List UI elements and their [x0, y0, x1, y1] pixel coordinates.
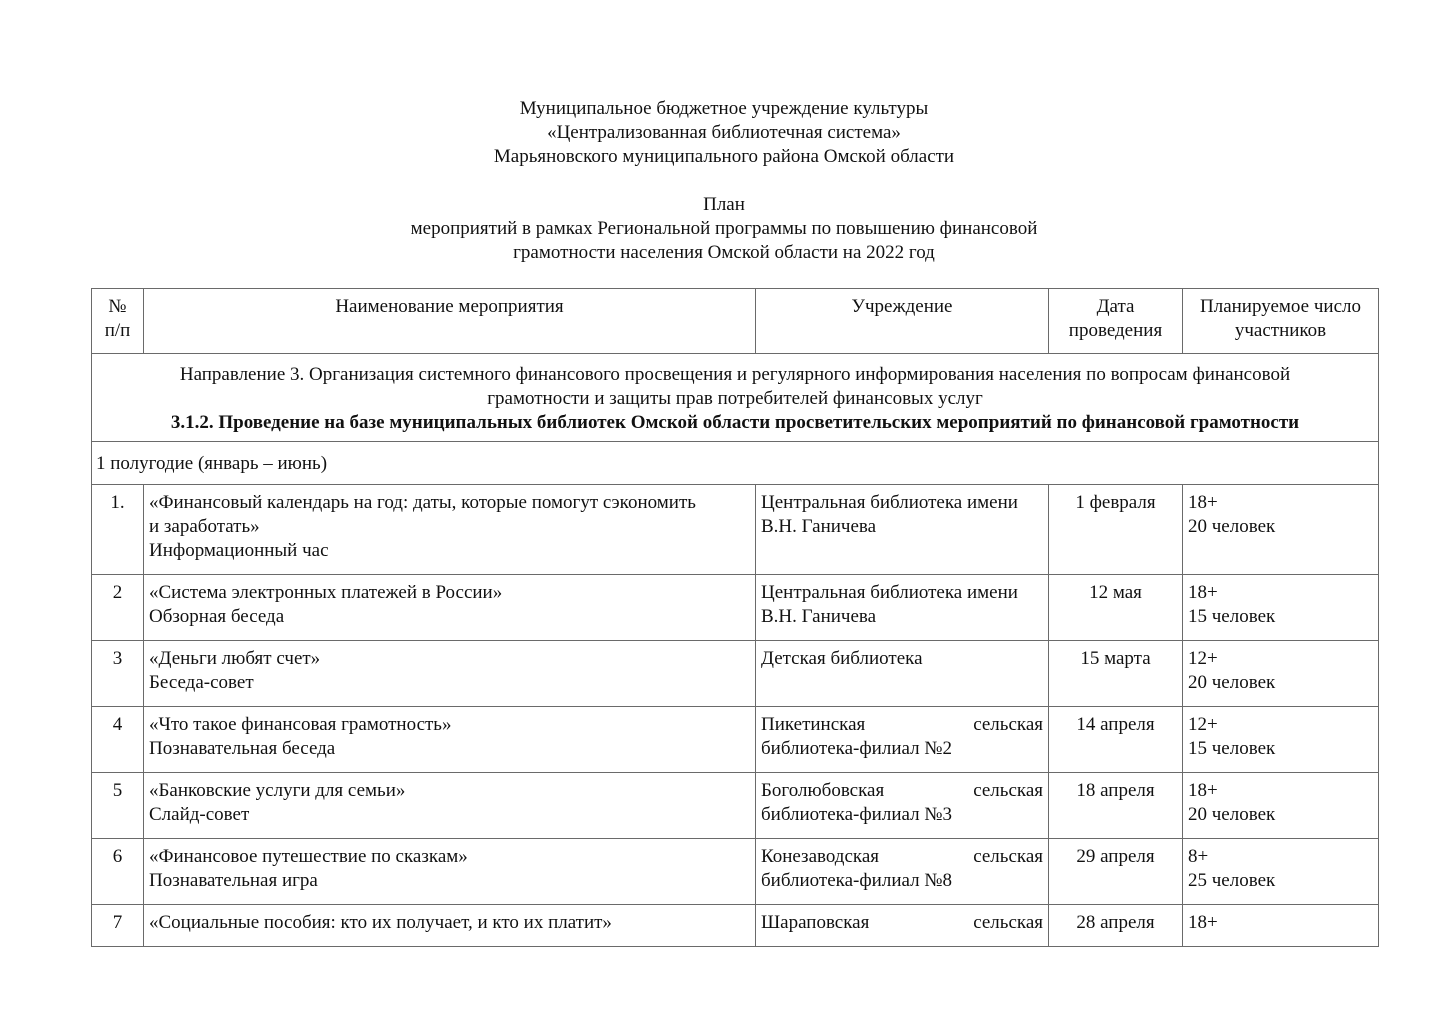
event-name-cell: «Социальные пособия: кто их получает, и …	[144, 905, 756, 947]
institution-line-2: библиотека-филиал №2	[761, 737, 1043, 761]
event-name-cell: «Деньги любят счет» Беседа-совет	[144, 641, 756, 707]
row-number-text: 1.	[110, 492, 124, 513]
event-title: «Деньги любят счет»	[149, 647, 750, 671]
row-number: 3	[92, 641, 144, 707]
column-header-event-name: Наименование мероприятия	[144, 289, 756, 354]
institution-line-2: В.Н. Ганичева	[761, 515, 1043, 539]
event-date-text: 1 февраля	[1075, 492, 1155, 513]
event-date: 15 марта	[1049, 641, 1183, 707]
table-row: 4 «Что такое финансовая грамотность» Поз…	[92, 707, 1379, 773]
event-format: Информационный час	[149, 539, 750, 563]
institution-name-part: сельская	[973, 713, 1043, 737]
plan-header: План мероприятий в рамках Региональной п…	[0, 193, 1448, 265]
institution-name-part: Центральная библиотека имени	[761, 491, 1018, 515]
event-date: 18 апреля	[1049, 773, 1183, 839]
period-row: 1 полугодие (январь – июнь)	[92, 442, 1379, 485]
table-row: 5 «Банковские услуги для семьи» Слайд-со…	[92, 773, 1379, 839]
event-format: Слайд-совет	[149, 803, 750, 827]
event-format: Познавательная беседа	[149, 737, 750, 761]
institution-line: Детская библиотека	[761, 647, 1043, 671]
direction-row: Направление 3. Организация системного фи…	[92, 354, 1379, 442]
event-date-text: 12 мая	[1089, 582, 1142, 603]
row-number: 2	[92, 575, 144, 641]
institution-line-2: библиотека-филиал №3	[761, 803, 1043, 827]
event-date: 14 апреля	[1049, 707, 1183, 773]
direction-cell: Направление 3. Организация системного фи…	[92, 354, 1379, 442]
institution-cell: Пикетинская сельская библиотека-филиал №…	[756, 707, 1049, 773]
participants-cell: 18+	[1183, 905, 1379, 947]
event-date-text: 18 апреля	[1076, 780, 1154, 801]
event-format: Обзорная беседа	[149, 605, 750, 629]
org-line: Марьяновского муниципального района Омск…	[0, 145, 1448, 169]
participant-count: 20 человек	[1188, 803, 1373, 827]
institution-name-part: сельская	[973, 845, 1043, 869]
event-date: 1 февраля	[1049, 485, 1183, 575]
plan-subtitle-line: грамотности населения Омской области на …	[0, 241, 1448, 265]
participants-cell: 18+ 15 человек	[1183, 575, 1379, 641]
row-number: 5	[92, 773, 144, 839]
institution-cell: Шараповская сельская	[756, 905, 1049, 947]
org-line: Муниципальное бюджетное учреждение культ…	[0, 97, 1448, 121]
column-header-participants-line: Планируемое число	[1188, 295, 1373, 319]
participants-cell: 18+ 20 человек	[1183, 773, 1379, 839]
column-header-institution: Учреждение	[756, 289, 1049, 354]
event-date: 28 апреля	[1049, 905, 1183, 947]
event-date-text: 28 апреля	[1076, 912, 1154, 933]
column-header-participants: Планируемое число участников	[1183, 289, 1379, 354]
column-header-number-line: п/п	[97, 319, 138, 343]
event-date-text: 29 апреля	[1076, 846, 1154, 867]
participants-cell: 18+ 20 человек	[1183, 485, 1379, 575]
participant-count: 25 человек	[1188, 869, 1373, 893]
age-rating: 12+	[1188, 713, 1373, 737]
event-title: «Банковские услуги для семьи»	[149, 779, 750, 803]
institution-name-part: Центральная библиотека имени	[761, 581, 1018, 605]
table-row: 2 «Система электронных платежей в России…	[92, 575, 1379, 641]
event-title: «Система электронных платежей в России»	[149, 581, 750, 605]
institution-name-part: Боголюбовская	[761, 779, 884, 803]
table-row: 7 «Социальные пособия: кто их получает, …	[92, 905, 1379, 947]
column-header-date: Дата проведения	[1049, 289, 1183, 354]
column-header-date-line: проведения	[1054, 319, 1177, 343]
institution-cell: Боголюбовская сельская библиотека-филиал…	[756, 773, 1049, 839]
events-plan-table: № п/п Наименование мероприятия Учреждени…	[91, 288, 1379, 947]
event-rows: 1. «Финансовый календарь на год: даты, к…	[92, 485, 1379, 947]
column-header-number: № п/п	[92, 289, 144, 354]
institution-name-part: сельская	[973, 779, 1043, 803]
participants-cell: 8+ 25 человек	[1183, 839, 1379, 905]
table-header-row: № п/п Наименование мероприятия Учреждени…	[92, 289, 1379, 354]
row-number: 4	[92, 707, 144, 773]
institution-line: Шараповская сельская	[761, 911, 1043, 935]
row-number: 1.	[92, 485, 144, 575]
age-rating: 18+	[1188, 581, 1373, 605]
institution-cell: Центральная библиотека имени В.Н. Ганиче…	[756, 485, 1049, 575]
event-format: Познавательная игра	[149, 869, 750, 893]
institution-line-2: библиотека-филиал №8	[761, 869, 1043, 893]
event-name-cell: «Система электронных платежей в России» …	[144, 575, 756, 641]
age-rating: 8+	[1188, 845, 1373, 869]
participants-cell: 12+ 20 человек	[1183, 641, 1379, 707]
row-number-text: 6	[113, 846, 123, 867]
participant-count: 20 человек	[1188, 671, 1373, 695]
institution-cell: Детская библиотека	[756, 641, 1049, 707]
event-title: «Финансовое путешествие по сказкам»	[149, 845, 750, 869]
row-number: 6	[92, 839, 144, 905]
row-number-text: 3	[113, 648, 123, 669]
event-date: 12 мая	[1049, 575, 1183, 641]
event-name-cell: «Что такое финансовая грамотность» Позна…	[144, 707, 756, 773]
direction-text-line: Направление 3. Организация системного фи…	[97, 363, 1373, 387]
column-header-participants-line: участников	[1188, 319, 1373, 343]
institution-line: Центральная библиотека имени	[761, 491, 1043, 515]
table-row: 3 «Деньги любят счет» Беседа-совет Детск…	[92, 641, 1379, 707]
participant-count: 20 человек	[1188, 515, 1373, 539]
event-title-continued: и заработать»	[149, 515, 750, 539]
row-number: 7	[92, 905, 144, 947]
table-row: 1. «Финансовый календарь на год: даты, к…	[92, 485, 1379, 575]
participant-count: 15 человек	[1188, 605, 1373, 629]
event-name-cell: «Финансовое путешествие по сказкам» Позн…	[144, 839, 756, 905]
row-number-text: 2	[113, 582, 123, 603]
column-header-number-line: №	[97, 295, 138, 319]
institution-line: Боголюбовская сельская	[761, 779, 1043, 803]
event-name-cell: «Финансовый календарь на год: даты, кото…	[144, 485, 756, 575]
event-title: «Социальные пособия: кто их получает, и …	[149, 911, 750, 935]
age-rating: 18+	[1188, 779, 1373, 803]
column-header-date-line: Дата	[1054, 295, 1177, 319]
participants-cell: 12+ 15 человек	[1183, 707, 1379, 773]
event-date: 29 апреля	[1049, 839, 1183, 905]
participant-count: 15 человек	[1188, 737, 1373, 761]
event-title: «Что такое финансовая грамотность»	[149, 713, 750, 737]
event-format: Беседа-совет	[149, 671, 750, 695]
institution-name-part: Детская библиотека	[761, 647, 923, 671]
institution-cell: Конезаводская сельская библиотека-филиал…	[756, 839, 1049, 905]
age-rating: 12+	[1188, 647, 1373, 671]
row-number-text: 7	[113, 912, 123, 933]
event-title: «Финансовый календарь на год: даты, кото…	[149, 491, 750, 515]
event-name-cell: «Банковские услуги для семьи» Слайд-сове…	[144, 773, 756, 839]
direction-text-line: грамотности и защиты прав потребителей ф…	[97, 387, 1373, 411]
institution-line: Центральная библиотека имени	[761, 581, 1043, 605]
institution-line: Пикетинская сельская	[761, 713, 1043, 737]
plan-title: План	[0, 193, 1448, 217]
organization-header: Муниципальное бюджетное учреждение культ…	[0, 97, 1448, 169]
org-line: «Централизованная библиотечная система»	[0, 121, 1448, 145]
institution-name-part: Конезаводская	[761, 845, 879, 869]
period-label: 1 полугодие (январь – июнь)	[92, 442, 1379, 485]
institution-name-part: Шараповская	[761, 911, 869, 935]
row-number-text: 5	[113, 780, 123, 801]
plan-subtitle-line: мероприятий в рамках Региональной програ…	[0, 217, 1448, 241]
age-rating: 18+	[1188, 911, 1373, 935]
institution-name-part: Пикетинская	[761, 713, 865, 737]
event-date-text: 14 апреля	[1076, 714, 1154, 735]
institution-line-2: В.Н. Ганичева	[761, 605, 1043, 629]
direction-subtitle: 3.1.2. Проведение на базе муниципальных …	[97, 411, 1373, 435]
age-rating: 18+	[1188, 491, 1373, 515]
event-date-text: 15 марта	[1080, 648, 1150, 669]
institution-cell: Центральная библиотека имени В.Н. Ганиче…	[756, 575, 1049, 641]
institution-name-part: сельская	[973, 911, 1043, 935]
row-number-text: 4	[113, 714, 123, 735]
table-row: 6 «Финансовое путешествие по сказкам» По…	[92, 839, 1379, 905]
institution-line: Конезаводская сельская	[761, 845, 1043, 869]
